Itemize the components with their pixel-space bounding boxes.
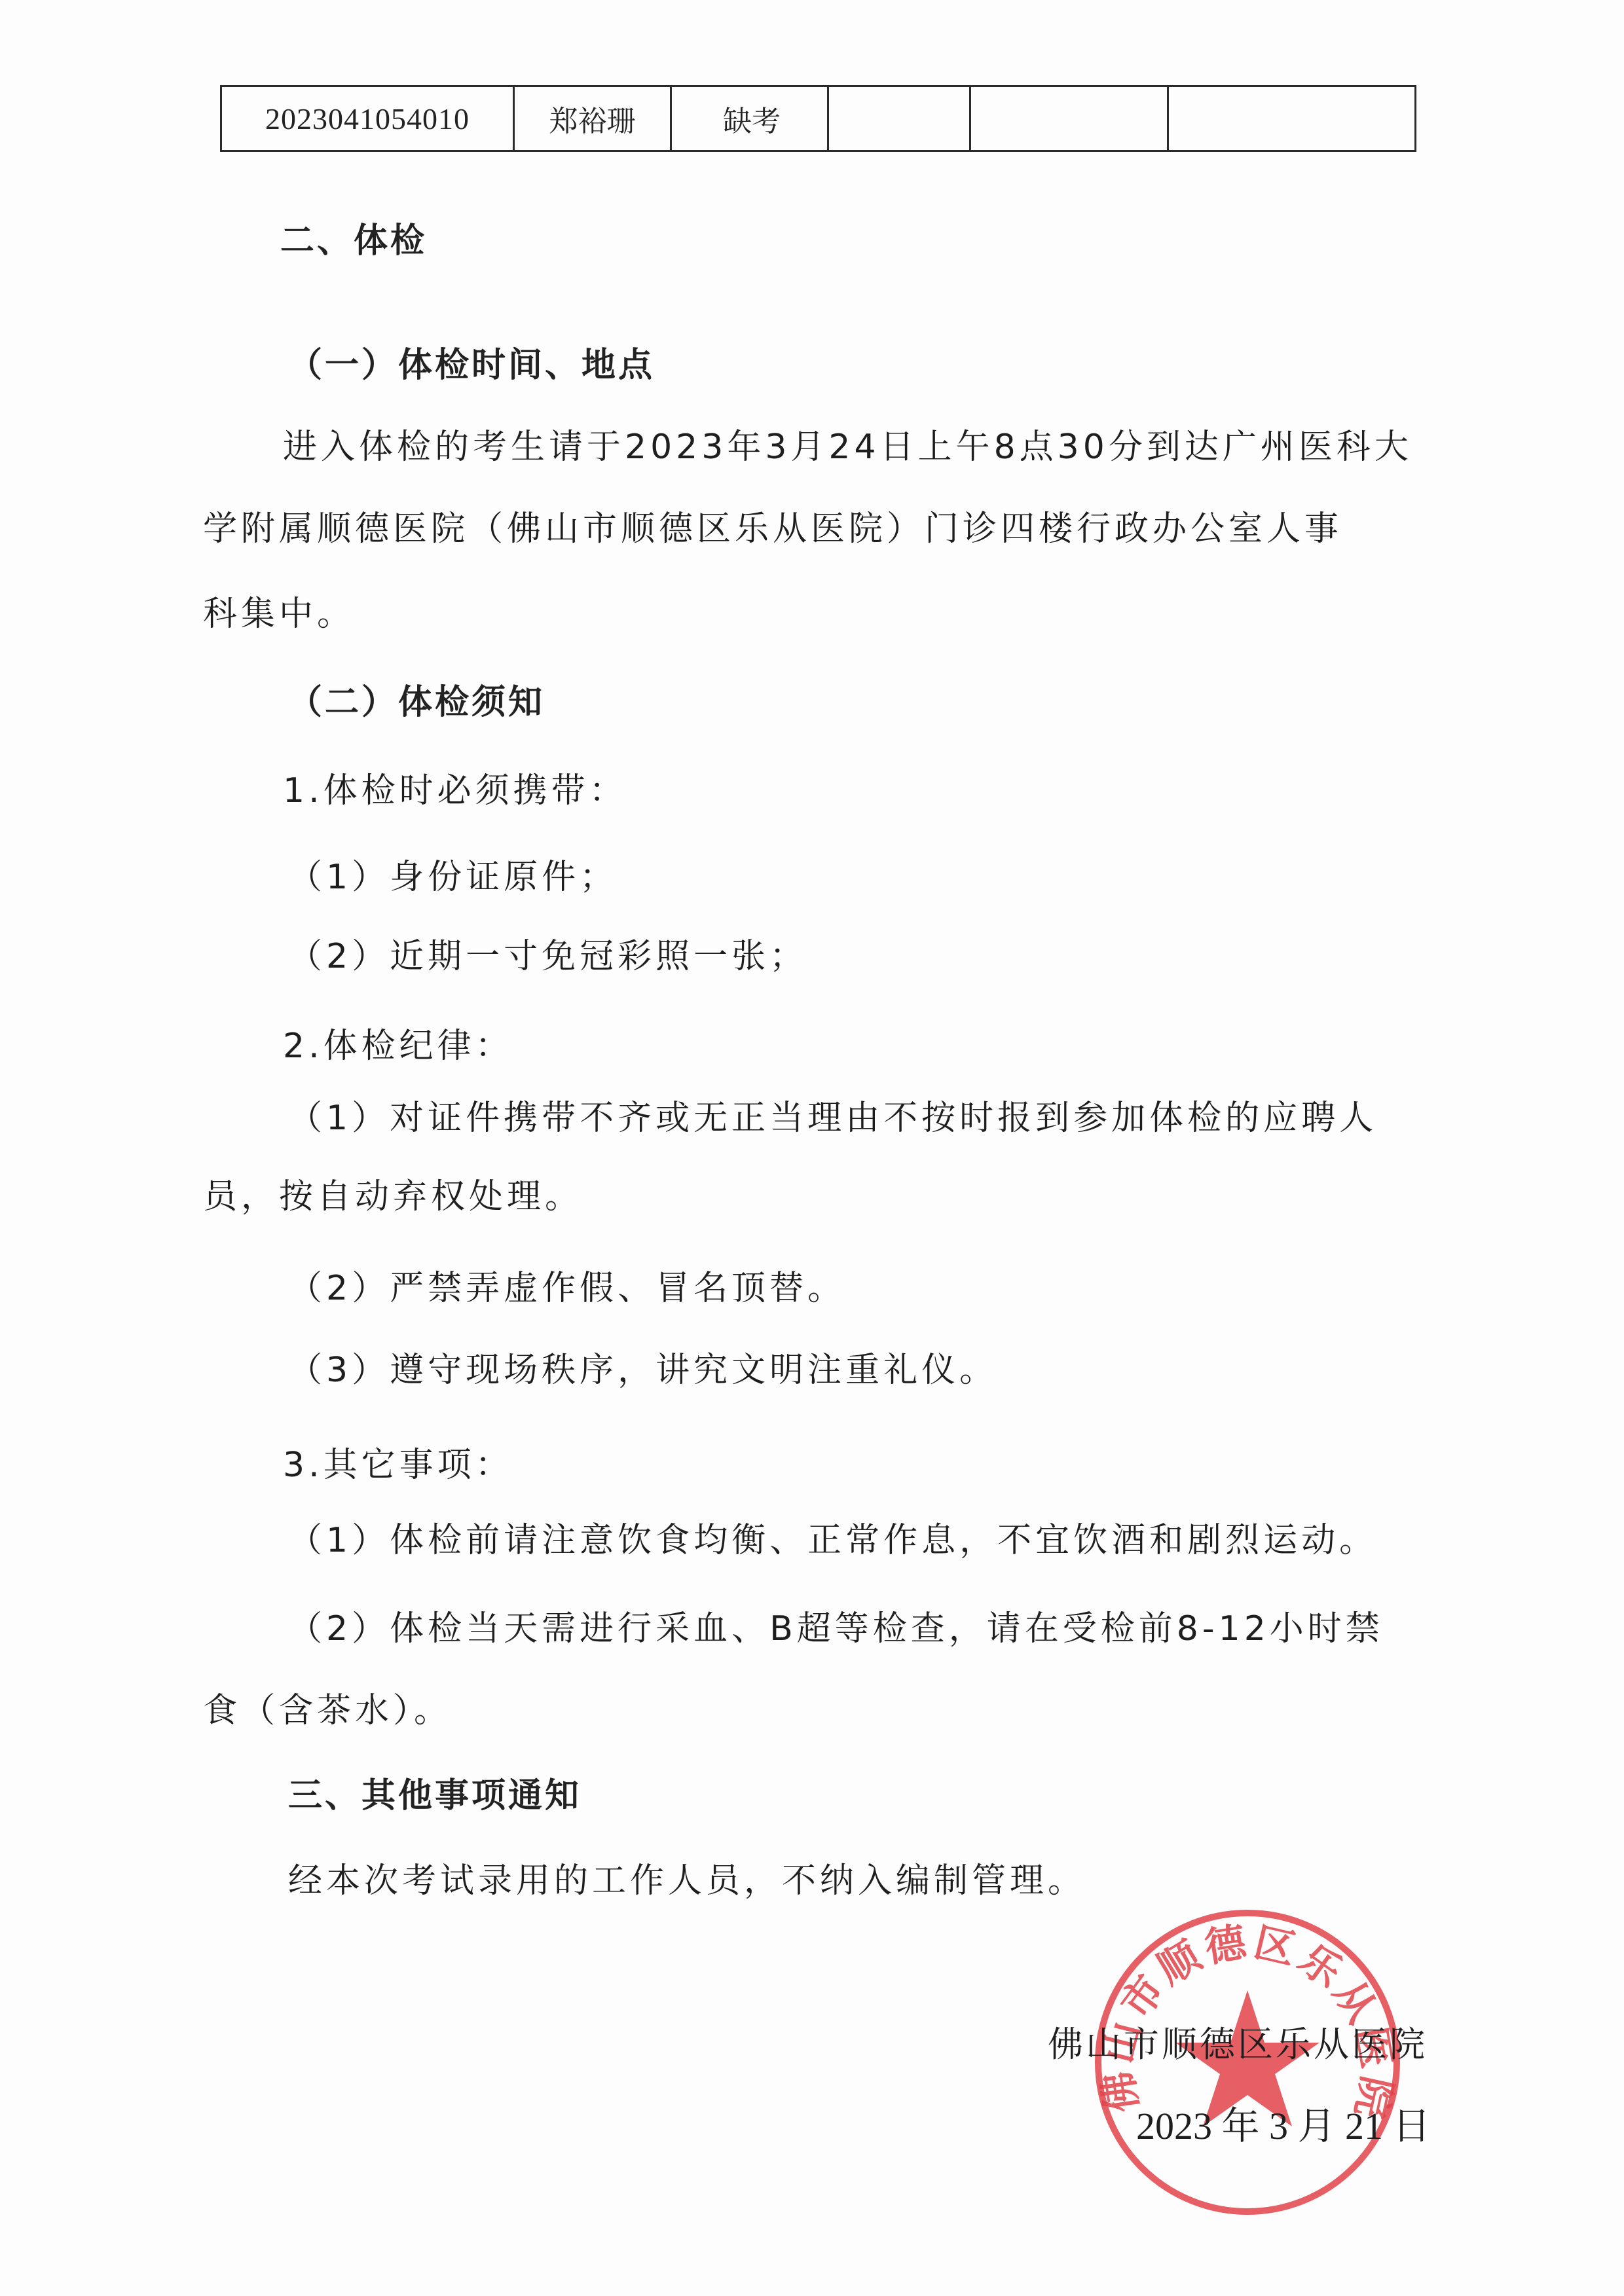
list-item: （2）近期一寸免冠彩照一张； [288,928,807,977]
list-item: （1）对证件携带不齐或无正当理由不按时报到参加体检的应聘人 [288,1090,1377,1139]
paragraph-line: 科集中。 [203,586,355,635]
list-item-title: 2.体检纪律： [283,1018,513,1067]
section-heading-physical-exam: 二、体检 [280,213,427,262]
table-cell-status: 缺考 [672,87,829,150]
subsection-heading-time-place: （一）体检时间、地点 [288,337,655,386]
list-item: （1）身份证原件； [288,849,618,898]
table-cell-empty [1169,87,1414,150]
subsection-heading-notice: （二）体检须知 [288,674,545,723]
list-item: （1）体检前请注意饮食均衡、正常作息，不宜饮酒和剧烈运动。 [288,1512,1377,1561]
list-item: （2）严禁弄虚作假、冒名顶替。 [288,1260,845,1309]
paragraph-line: 经本次考试录用的工作人员，不纳入编制管理。 [288,1853,1086,1902]
list-item: （2）体检当天需进行采血、B超等检查，请在受检前8-12小时禁 [288,1601,1384,1650]
list-item-title: 3.其它事项： [283,1437,513,1486]
signature-date: 2023 年 3 月 21 日 [1136,2095,1431,2150]
document-page: 2023041054010 郑裕珊 缺考 二、体检 （一）体检时间、地点 进入体… [0,0,1624,2296]
signature-organization: 佛山市顺德区乐从医院 [1048,2016,1428,2067]
list-item-continued: 员，按自动弃权处理。 [203,1169,583,1218]
table-cell-empty [829,87,971,150]
table-cell-exam-number: 2023041054010 [222,87,515,150]
table-cell-empty [971,87,1169,150]
results-table: 2023041054010 郑裕珊 缺考 [220,85,1416,152]
table-cell-name: 郑裕珊 [515,87,672,150]
paragraph-line: 学附属顺德医院（佛山市顺德区乐从医院）门诊四楼行政办公室人事 [203,501,1342,550]
list-item: （3）遵守现场秩序，讲究文明注重礼仪。 [288,1342,997,1391]
list-item-continued: 食（含茶水）。 [203,1683,452,1732]
section-heading-other-notices: 三、其他事项通知 [288,1768,581,1817]
list-item-title: 1.体检时必须携带： [283,763,627,812]
paragraph-line: 进入体检的考生请于2023年3月24日上午8点30分到达广州医科大 [283,419,1412,468]
